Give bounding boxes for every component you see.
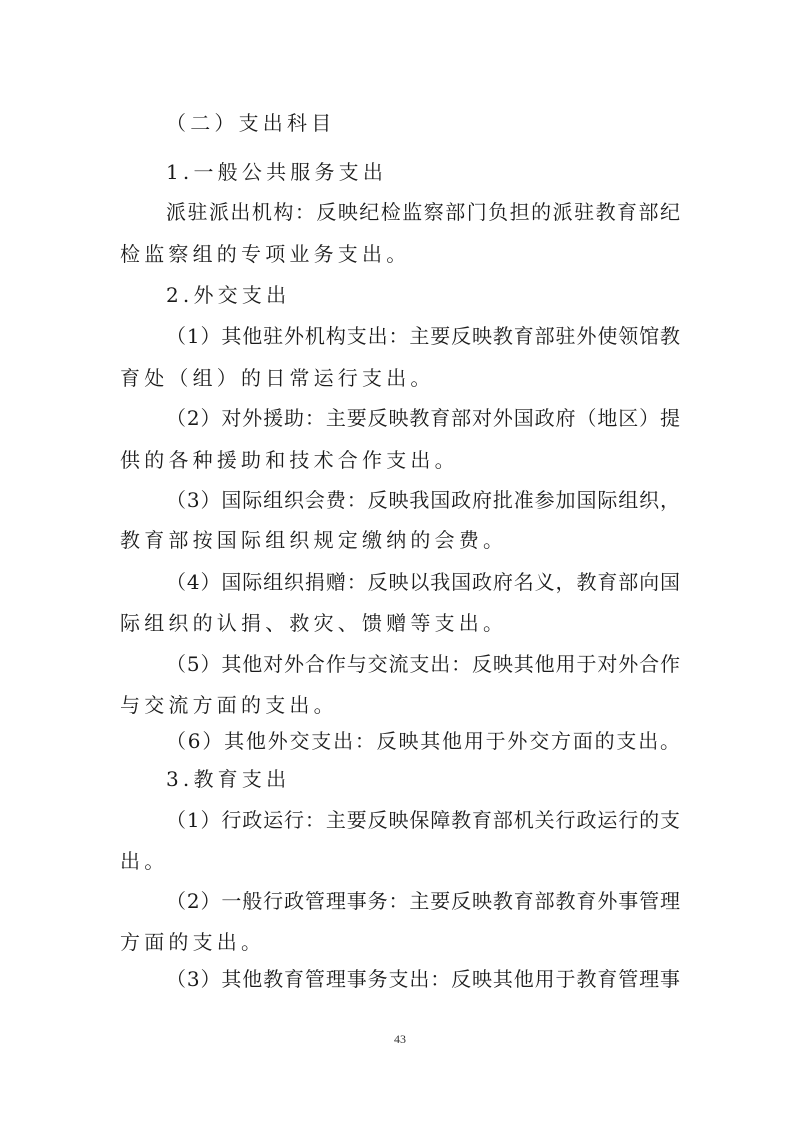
page-number: 43 xyxy=(0,1032,800,1047)
item-heading-general-public-services: 1.一般公共服务支出 xyxy=(166,159,731,185)
item-heading-education: 3.教育支出 xyxy=(166,766,731,792)
paragraph-line: 方面的支出。 xyxy=(120,929,685,955)
section-heading: （二）支出科目 xyxy=(166,110,731,136)
paragraph-line: （2）对外援助：主要反映教育部对外国政府（地区）提 xyxy=(166,405,680,431)
paragraph-line: （1）其他驻外机构支出：主要反映教育部驻外使领馆教 xyxy=(166,323,680,349)
paragraph-line: 出。 xyxy=(120,848,685,874)
paragraph-line: 际组织的认捐、救灾、馈赠等支出。 xyxy=(120,610,685,636)
paragraph-line: （3）其他教育管理事务支出：反映其他用于教育管理事 xyxy=(166,966,680,992)
paragraph-line: 教育部按国际组织规定缴纳的会费。 xyxy=(120,527,685,553)
paragraph-line: 检监察组的专项业务支出。 xyxy=(120,241,685,267)
paragraph-line: 育处（组）的日常运行支出。 xyxy=(120,365,685,391)
paragraph-line: （6）其他外交支出：反映其他用于外交方面的支出。 xyxy=(166,728,680,754)
paragraph-line: （4）国际组织捐赠：反映以我国政府名义，教育部向国 xyxy=(166,569,680,595)
paragraph-line: 派驻派出机构：反映纪检监察部门负担的派驻教育部纪 xyxy=(166,199,680,225)
paragraph-line: （2）一般行政管理事务：主要反映教育部教育外事管理 xyxy=(166,888,680,914)
paragraph-line: 供的各种援助和技术合作支出。 xyxy=(120,447,685,473)
paragraph-line: （3）国际组织会费：反映我国政府批准参加国际组织， xyxy=(166,487,680,513)
document-page: （二）支出科目 1.一般公共服务支出 派驻派出机构：反映纪检监察部门负担的派驻教… xyxy=(0,0,800,1131)
item-heading-foreign-affairs: 2.外交支出 xyxy=(166,282,731,308)
paragraph-line: 与交流方面的支出。 xyxy=(120,692,685,718)
paragraph-line: （5）其他对外合作与交流支出：反映其他用于对外合作 xyxy=(166,651,680,677)
paragraph-line: （1）行政运行：主要反映保障教育部机关行政运行的支 xyxy=(166,807,680,833)
